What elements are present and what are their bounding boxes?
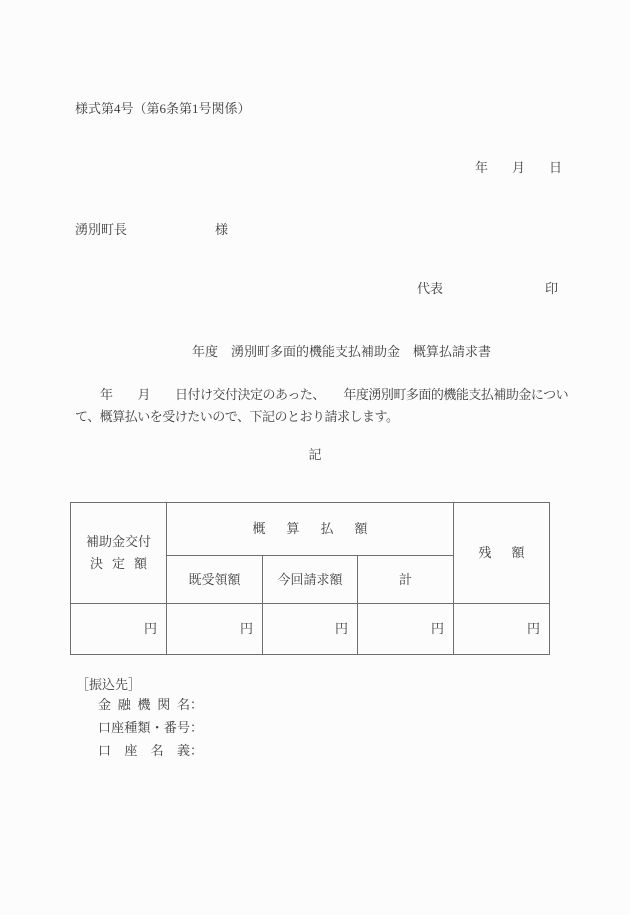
day-label: 日 — [549, 160, 562, 176]
total-amount-cell: 円 — [358, 604, 454, 655]
total-header: 計 — [358, 556, 454, 604]
form-number: 様式第4号（第6条第1号関係） — [75, 101, 251, 117]
transfer-section-title: ［振込先］ — [76, 677, 141, 693]
addressee-name: 湧別町長 — [75, 222, 127, 238]
payment-table: 補助金交付 決定額 概算払額 残額 既受領額 今回請求額 計 円 円 円 円 円 — [70, 502, 550, 655]
grant-decision-header-line2: 決定額 — [71, 553, 166, 575]
record-marker: 記 — [0, 447, 630, 463]
year-label: 年 — [475, 160, 488, 176]
bank-name-row: 金融機関名： — [98, 697, 203, 713]
representative-label: 代表 — [417, 281, 443, 297]
bank-name-label: 金融機関名 — [98, 697, 190, 713]
body-line-2: て、概算払いを受けたいので、下記のとおり請求します。 — [75, 406, 568, 428]
balance-header: 残額 — [454, 503, 550, 604]
document-title: 年度 湧別町多面的機能支払補助金 概算払請求書 — [192, 344, 491, 360]
grant-decision-amount-cell: 円 — [71, 604, 167, 655]
body-paragraph: 年 月 日付け交付決定のあった、 年度湧別町多面的機能支払補助金につい て、概算… — [75, 384, 568, 428]
account-type-number-row: 口座種類・番号： — [98, 720, 203, 736]
date-line: 年 月 日 — [475, 160, 562, 176]
grant-decision-header: 補助金交付 決定額 — [71, 503, 167, 604]
grant-decision-header-line1: 補助金交付 — [71, 531, 166, 553]
received-amount-cell: 円 — [167, 604, 263, 655]
account-holder-row: 口座名義： — [98, 743, 203, 759]
received-amount-header: 既受領額 — [167, 556, 263, 604]
current-request-amount-cell: 円 — [263, 604, 358, 655]
document-page: 様式第4号（第6条第1号関係） 年 月 日 湧別町長 様 代表 印 年度 湧別町… — [0, 0, 630, 915]
account-type-number-label: 口座種類・番号 — [98, 720, 190, 736]
seal-label: 印 — [545, 281, 558, 297]
body-line-1: 年 月 日付け交付決定のあった、 年度湧別町多面的機能支払補助金につい — [75, 384, 568, 406]
addressee-honorific: 様 — [215, 222, 228, 238]
account-holder-label: 口座名義 — [98, 743, 190, 759]
account-holder-colon: ： — [190, 743, 203, 758]
current-request-header: 今回請求額 — [263, 556, 358, 604]
account-type-number-colon: ： — [190, 720, 203, 735]
bank-name-colon: ： — [190, 697, 203, 712]
month-label: 月 — [512, 160, 525, 176]
provisional-payment-header: 概算払額 — [167, 503, 454, 556]
balance-amount-cell: 円 — [454, 604, 550, 655]
